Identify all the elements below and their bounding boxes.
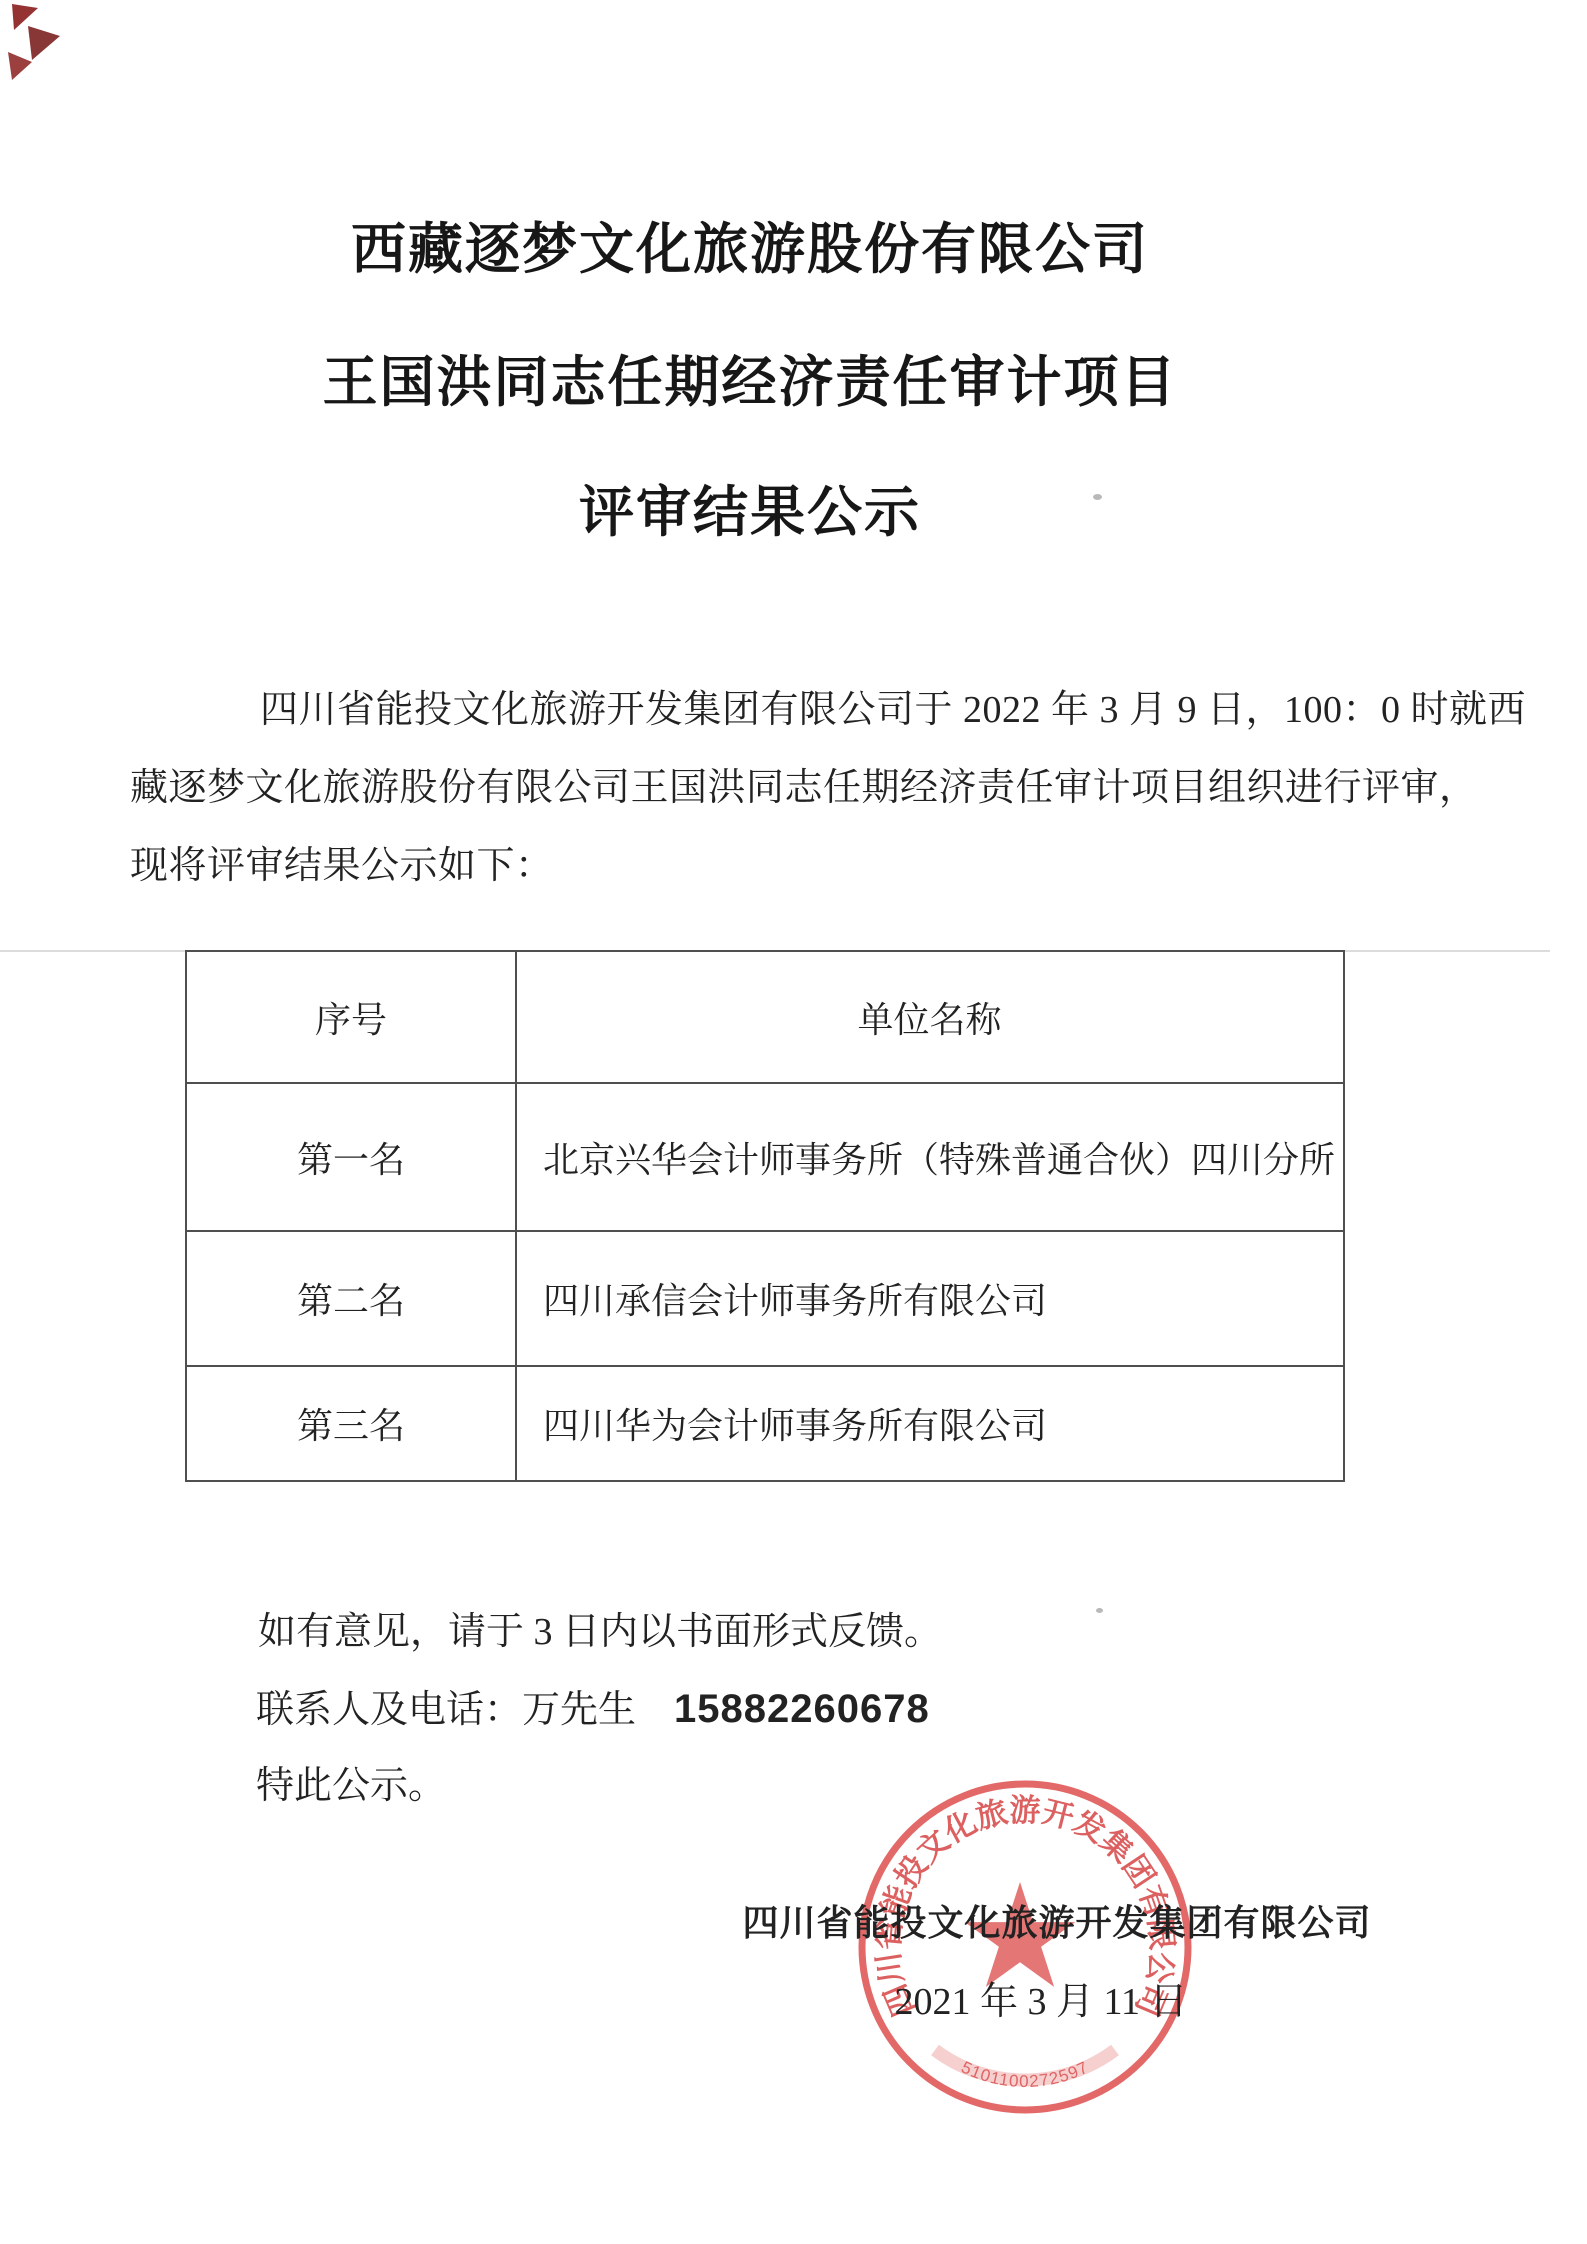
table-row: 第三名 四川华为会计师事务所有限公司	[186, 1366, 1344, 1481]
table-cell-rank-1: 第一名	[186, 1083, 516, 1231]
body-paragraph-line-2: 藏逐梦文化旅游股份有限公司王国洪同志任期经济责任审计项目组织进行评审，	[130, 756, 1478, 811]
table-header-name: 单位名称	[516, 951, 1344, 1083]
table-row: 第二名 四川承信会计师事务所有限公司	[186, 1231, 1344, 1366]
document-title-line-3: 评审结果公示	[0, 468, 1500, 547]
review-result-table: 序号 单位名称 第一名 北京兴华会计师事务所（特殊普通合伙）四川分所 第二名 四…	[185, 950, 1345, 1482]
signoff-date: 2021 年 3 月 11 日	[691, 1970, 1391, 2025]
table-row: 第一名 北京兴华会计师事务所（特殊普通合伙）四川分所	[186, 1083, 1344, 1231]
feedback-note: 如有意见，请于 3 日内以书面形式反馈。	[258, 1600, 942, 1655]
contact-label: 联系人及电话：万先生	[256, 1689, 636, 1731]
table-cell-name-2: 四川承信会计师事务所有限公司	[516, 1231, 1344, 1366]
document-title-line-1: 西藏逐梦文化旅游股份有限公司	[0, 205, 1500, 284]
document-title-line-2: 王国洪同志任期经济责任审计项目	[0, 338, 1500, 417]
scan-speck	[1096, 1608, 1103, 1613]
body-paragraph-line-1: 四川省能投文化旅游开发集团有限公司于 2022 年 3 月 9 日，100：0 …	[260, 678, 1526, 733]
notice-line: 特此公示。	[256, 1754, 446, 1809]
scanned-document-page: { "title": { "line1": "西藏逐梦文化旅游股份有限公司", …	[0, 0, 1587, 2244]
table-cell-rank-3: 第三名	[186, 1366, 516, 1481]
phone-number: 15882260678	[674, 1687, 930, 1731]
table-cell-name-3: 四川华为会计师事务所有限公司	[516, 1366, 1344, 1481]
scan-corner-artifact-marks	[0, 0, 100, 115]
signoff-company: 四川省能投文化旅游开发集团有限公司	[707, 1895, 1407, 1946]
table-cell-rank-2: 第二名	[186, 1231, 516, 1366]
svg-text:5101100272597: 5101100272597	[958, 2058, 1091, 2091]
contact-line: 联系人及电话：万先生15882260678	[256, 1678, 930, 1733]
seal-serial-number: 5101100272597	[958, 2058, 1091, 2091]
scan-speck	[1093, 494, 1102, 500]
body-paragraph-line-3: 现将评审结果公示如下：	[130, 834, 554, 889]
company-seal-stamp-icon: 四川省能投文化旅游开发集团有限公司 5101100272597	[840, 1772, 1210, 2122]
table-header-rank: 序号	[186, 951, 516, 1083]
table-header-row: 序号 单位名称	[186, 951, 1344, 1083]
table-cell-name-1: 北京兴华会计师事务所（特殊普通合伙）四川分所	[516, 1083, 1344, 1231]
